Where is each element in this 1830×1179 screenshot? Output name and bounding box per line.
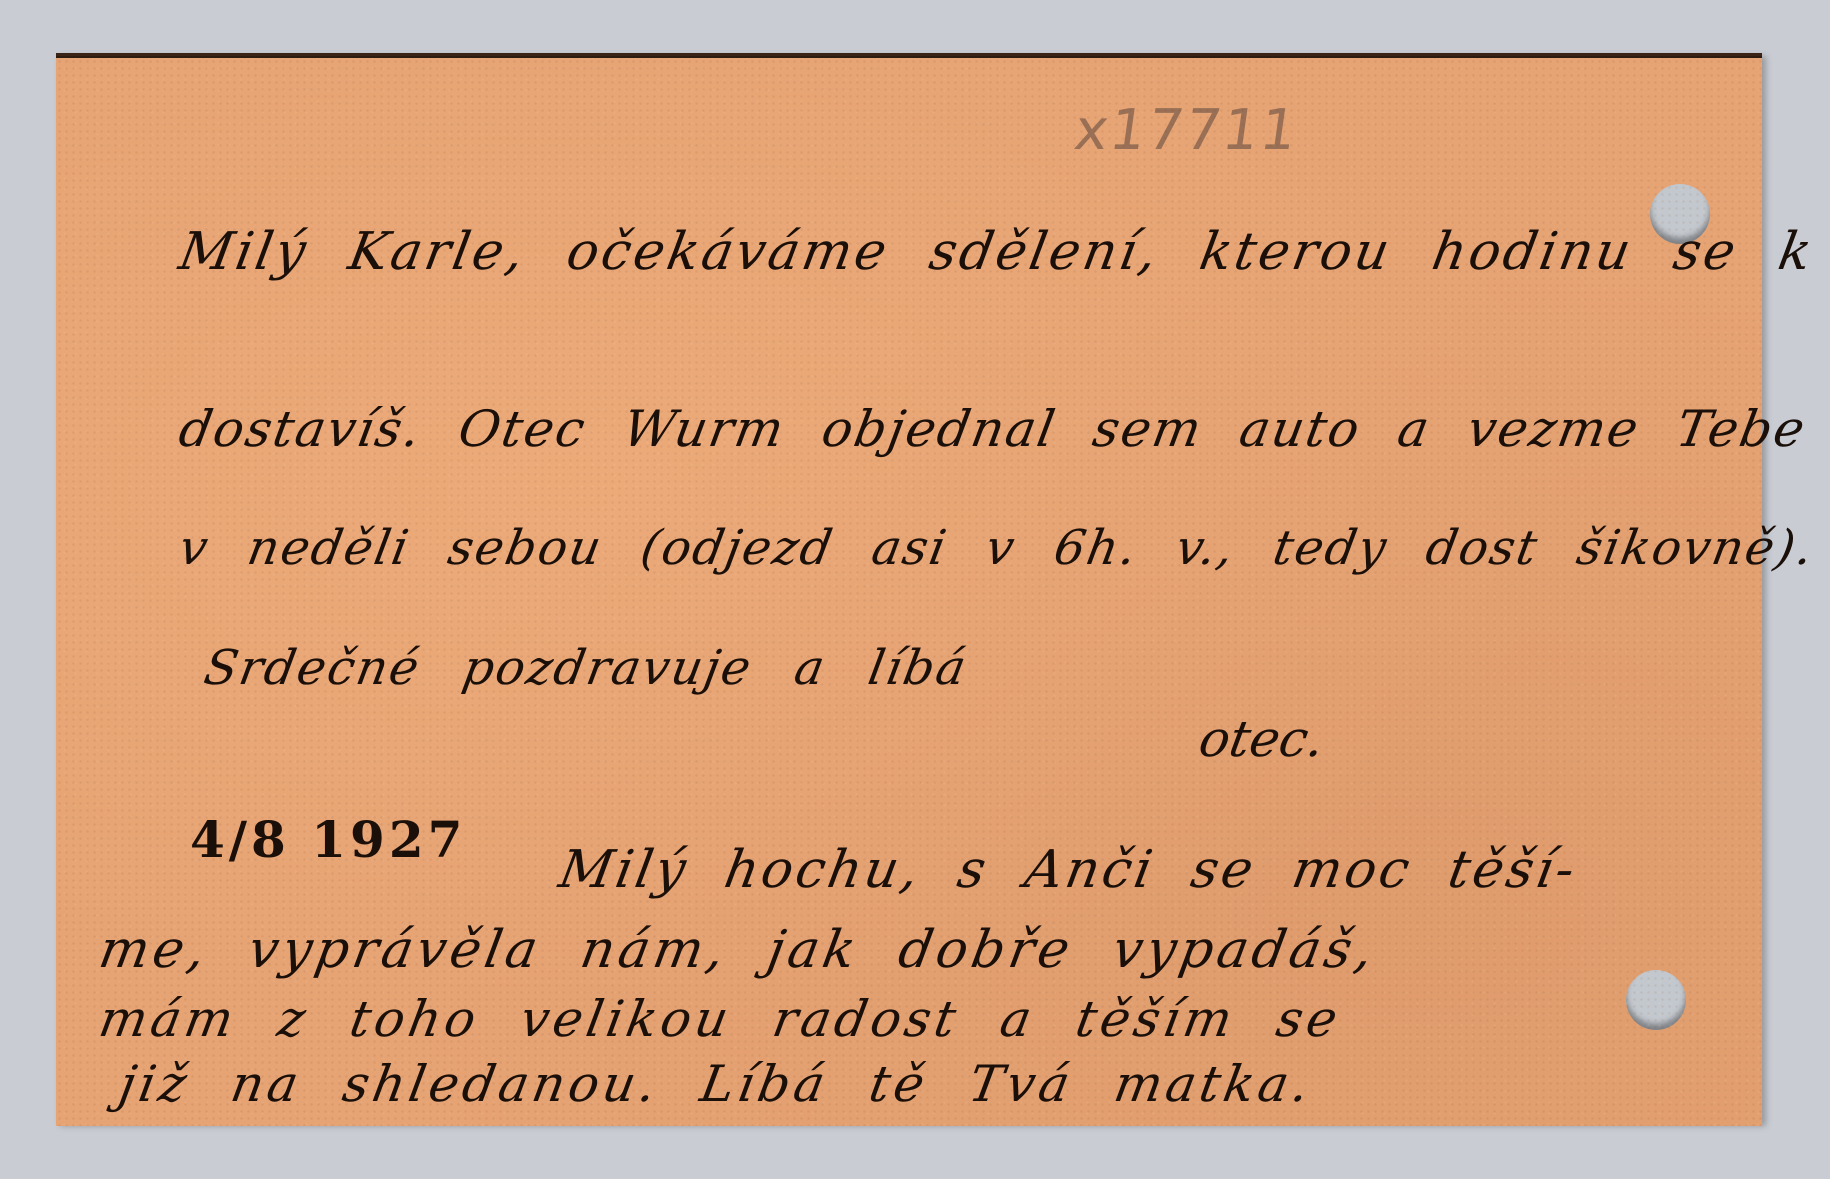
punched-hole-bottom [1626,970,1686,1030]
father-line-1: Milý Karle, očekáváme sdělení, kterou ho… [175,222,1830,282]
mother-line-3: mám z toho velikou radost a těším se [95,990,1346,1048]
mother-line-4: již na shledanou. Líbá tě Tvá matka. [115,1055,1318,1113]
father-line-3: v neděli sebou (odjezd asi v 6h. v., ted… [175,520,1819,576]
archive-mark: x17711 [1070,98,1302,163]
mother-line-2: me, vyprávěla nám, jak dobře vypadáš, [95,920,1382,980]
mother-line-1: Milý hochu, s Anči se moc těší- [555,840,1582,900]
father-signature: otec. [1195,710,1329,768]
father-greeting: Srdečné pozdravuje a líbá [200,640,972,696]
father-line-2: dostavíš. Otec Wurm objednal sem auto a … [175,400,1830,458]
letter-date: 4/8 1927 [190,810,466,869]
